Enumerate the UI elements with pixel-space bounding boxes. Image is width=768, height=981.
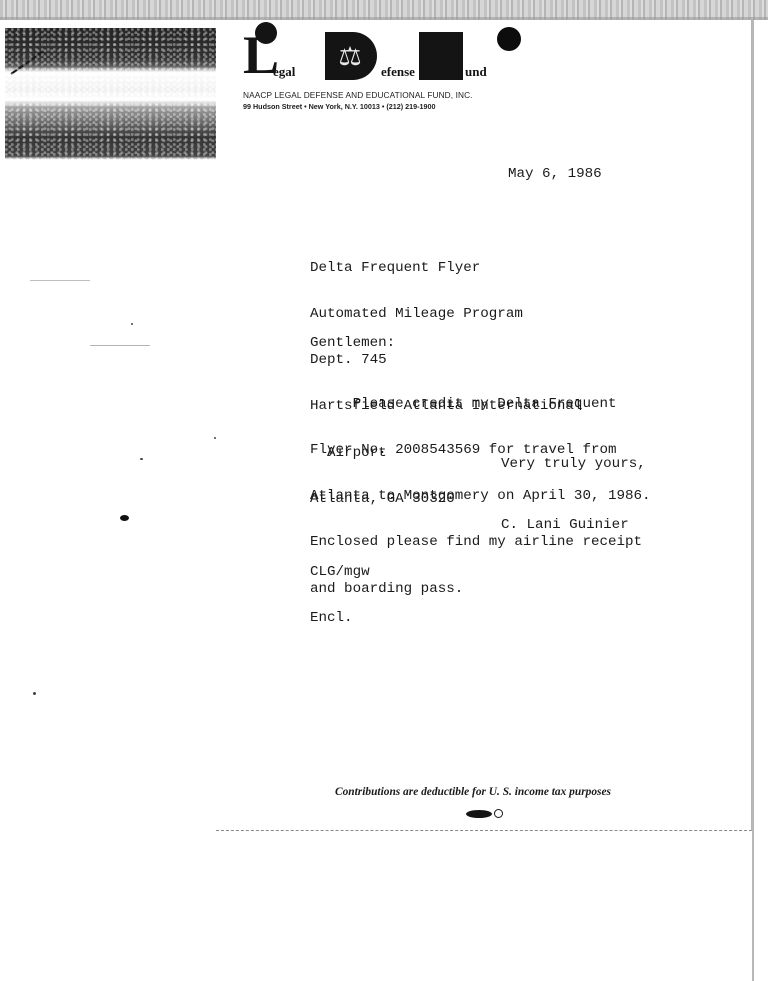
speck	[131, 323, 133, 325]
body-line: Please credit my Delta Frequent	[310, 397, 651, 412]
union-label-icon	[466, 808, 506, 820]
speck	[140, 458, 143, 460]
union-label-circle	[494, 809, 503, 818]
speck	[33, 692, 36, 695]
body-line: Atlanta to Montgomery on April 30, 1986.	[310, 489, 651, 504]
speck	[90, 345, 150, 346]
closing: Very truly yours,	[501, 457, 646, 472]
scan-right-edge	[752, 20, 754, 981]
logo-knob	[255, 22, 277, 44]
organization-address: 99 Hudson Street • New York, N.Y. 10013 …	[243, 102, 436, 111]
union-label-oval	[466, 810, 492, 818]
organization-name: NAACP LEGAL DEFENSE AND EDUCATIONAL FUND…	[243, 90, 473, 100]
recipient-line: Delta Frequent Flyer	[310, 261, 582, 276]
speck	[120, 515, 129, 521]
letter-date: May 6, 1986	[508, 167, 602, 182]
logo-word-defense: efense	[381, 64, 415, 80]
scales-of-justice-icon: ⚖	[335, 42, 365, 72]
recipient-line: Automated Mileage Program	[310, 307, 582, 322]
reference-block: CLG/mgw Encl.	[310, 534, 370, 642]
ldf-logo: L egal ⚖ efense und	[243, 28, 503, 84]
photocopy-smudge	[5, 28, 216, 160]
logo-word-fund: und	[465, 64, 487, 80]
reference-initials: CLG/mgw	[310, 565, 370, 580]
speck	[214, 437, 216, 439]
salutation: Gentlemen:	[310, 336, 395, 351]
logo-word-legal: egal	[273, 64, 295, 80]
scan-top-edge	[0, 0, 768, 20]
signature-name: C. Lani Guinier	[501, 518, 629, 533]
punch-hole-dot	[497, 27, 521, 51]
tax-deductible-note: Contributions are deductible for U. S. i…	[335, 786, 611, 798]
logo-initial-f	[419, 32, 463, 80]
enclosure-note: Encl.	[310, 611, 370, 626]
speck	[30, 280, 90, 281]
